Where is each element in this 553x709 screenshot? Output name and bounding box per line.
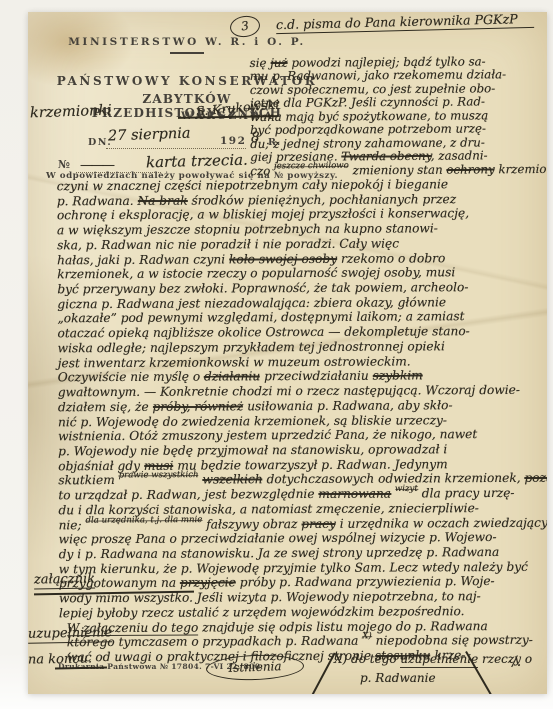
imprint-struck-word: Drukarnia <box>58 662 104 671</box>
year-printed: 192 <box>220 135 246 147</box>
number-label: № <box>58 158 70 171</box>
handwriting-line: wistnienia. Otóż zmuszony jestem uprzedz… <box>58 427 547 444</box>
date-dotted-line <box>106 148 246 149</box>
handwriting-line: którego tymczasem o przypadkach p. Radwa… <box>59 633 547 650</box>
end-mark: ·/. <box>508 654 521 670</box>
number-handwritten: karta trzecia. <box>146 151 248 172</box>
body-right-column: się już powodzi najlepiej; bądź tylko sa… <box>250 55 547 178</box>
margin-note-supplement: uzupełnienie <box>28 625 112 643</box>
date-handwritten: 27 sierpnia <box>108 126 191 145</box>
handwriting-line: gwałtownym. — Konkretnie chodzi mi o rze… <box>58 383 547 400</box>
margin-note-attachment: załącznik <box>34 571 95 589</box>
insertion-note-line2: p. Radwanie <box>360 671 436 685</box>
place-handwritten: krzemionki <box>30 103 112 122</box>
letter-paper: 3 c.d. pisma do Pana kierownika PGKzP MI… <box>28 12 547 694</box>
scan-background: 3 c.d. pisma do Pana kierownika PGKzP MI… <box>0 0 553 709</box>
handwriting-line: czo jeszcze chwilowo zmieniony stan ochr… <box>250 163 546 179</box>
continuation-heading: c.d. pisma do Pana kierownika PGKzP <box>276 12 534 34</box>
insertion-note-line1: X) do tego uzupełnienie rzeczy o <box>334 652 532 666</box>
ministry-title: MINISTERSTWO W. R. i O. P. <box>56 36 318 48</box>
letterhead-rule <box>170 52 204 54</box>
